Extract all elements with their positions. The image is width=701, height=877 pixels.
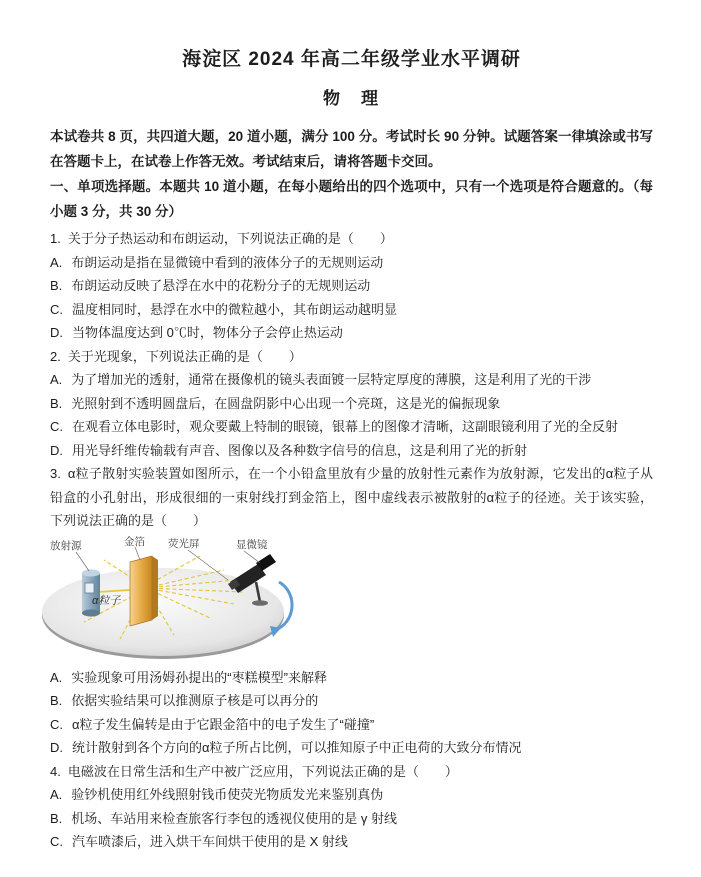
page-title: 海淀区 2024 年高二年级学业水平调研	[50, 44, 653, 71]
alpha-scattering-figure: 放射源 金箔 荧光屏 显微镜 α粒子	[32, 536, 294, 664]
question-2-option-c: C.在观看立体电影时，观众要戴上特制的眼镜，银幕上的图像才清晰，这副眼镜利用了光…	[50, 415, 653, 439]
option-letter: C.	[50, 419, 63, 434]
option-text: 用光导纤维传输载有声音、图像以及各种数字信号的信息，这是利用了光的折射	[72, 443, 527, 458]
option-text: 为了增加光的透射，通常在摄像机的镜头表面镀一层特定厚度的薄膜，这是利用了光的干涉	[71, 372, 591, 387]
option-text: 布朗运动反映了悬浮在水中的花粉分子的无规则运动	[71, 278, 370, 293]
option-text: 在观看立体电影时，观众要戴上特制的眼镜，银幕上的图像才清晰，这副眼镜利用了光的全…	[72, 419, 618, 434]
option-letter: B.	[50, 278, 62, 293]
microscope-label: 显微镜	[236, 538, 268, 551]
section-header: 一、单项选择题。本题共 10 道小题，在每小题给出的四个选项中，只有一个选项是符…	[50, 174, 653, 224]
option-letter: A.	[50, 670, 62, 685]
option-letter: B.	[50, 396, 62, 411]
exam-page: 海淀区 2024 年高二年级学业水平调研 物 理 本试卷共 8 页，共四道大题，…	[0, 0, 701, 877]
option-text: 实验现象可用汤姆孙提出的“枣糕模型”来解释	[71, 670, 327, 685]
subject-title: 物 理	[50, 84, 653, 109]
question-3-option-c: C.α粒子发生偏转是由于它跟金箔中的电子发生了“碰撞”	[50, 713, 653, 737]
question-1-option-c: C.温度相同时，悬浮在水中的微粒越小，其布朗运动越明显	[50, 298, 653, 322]
question-2-stem: 2.关于光现象，下列说法正确的是（ ）	[50, 345, 653, 369]
option-letter: A.	[50, 255, 62, 270]
question-4-text: 电磁波在日常生活和生产中被广泛应用，下列说法正确的是（ ）	[68, 764, 458, 779]
option-letter: C.	[50, 834, 63, 849]
gold-foil	[130, 556, 158, 626]
option-letter: D.	[50, 325, 63, 340]
question-4-option-b: B.机场、车站用来检查旅客行李包的透视仪使用的是 γ 射线	[50, 807, 653, 831]
option-text: 机场、车站用来检查旅客行李包的透视仪使用的是 γ 射线	[71, 811, 397, 826]
option-letter: C.	[50, 302, 63, 317]
alpha-particle-label: α粒子	[92, 594, 121, 607]
question-1-number: 1.	[50, 231, 61, 246]
radiation-source-label: 放射源	[50, 539, 82, 552]
question-3-option-a: A.实验现象可用汤姆孙提出的“枣糕模型”来解释	[50, 666, 653, 690]
question-3-number: 3.	[50, 466, 61, 481]
exam-instructions: 本试卷共 8 页，共四道大题，20 道小题，满分 100 分。考试时长 90 分…	[50, 124, 653, 174]
question-3-option-b: B.依据实验结果可以推测原子核是可以再分的	[50, 689, 653, 713]
question-3-stem: 3.α粒子散射实验装置如图所示，在一个小铅盒里放有少量的放射性元素作为放射源，它…	[50, 462, 653, 533]
option-letter: D.	[50, 740, 63, 755]
question-2-number: 2.	[50, 349, 61, 364]
question-1-stem: 1.关于分子热运动和布朗运动，下列说法正确的是（ ）	[50, 227, 653, 251]
question-4-option-a: A.验钞机使用红外线照射钱币使荧光物质发光来鉴别真伪	[50, 783, 653, 807]
option-text: 温度相同时，悬浮在水中的微粒越小，其布朗运动越明显	[72, 302, 397, 317]
option-text: 验钞机使用红外线照射钱币使荧光物质发光来鉴别真伪	[71, 787, 383, 802]
question-1-text: 关于分子热运动和布朗运动，下列说法正确的是（ ）	[68, 231, 393, 246]
question-4-stem: 4.电磁波在日常生活和生产中被广泛应用，下列说法正确的是（ ）	[50, 760, 653, 784]
question-2-option-d: D.用光导纤维传输载有声音、图像以及各种数字信号的信息，这是利用了光的折射	[50, 439, 653, 463]
question-3-option-d: D.统计散射到各个方向的α粒子所占比例，可以推知原子中正电荷的大致分布情况	[50, 736, 653, 760]
question-3-text: α粒子散射实验装置如图所示，在一个小铅盒里放有少量的放射性元素作为放射源，它发出…	[50, 466, 653, 528]
option-text: 当物体温度达到 0℃时，物体分子会停止热运动	[72, 325, 343, 340]
option-letter: D.	[50, 443, 63, 458]
option-text: 布朗运动是指在显微镜中看到的液体分子的无规则运动	[71, 255, 383, 270]
option-letter: A.	[50, 372, 62, 387]
question-4-number: 4.	[50, 764, 61, 779]
question-4-option-c: C.汽车喷漆后，进入烘干车间烘干使用的是 X 射线	[50, 830, 653, 854]
alpha-scattering-diagram: 放射源 金箔 荧光屏 显微镜 α粒子	[32, 536, 294, 664]
question-1-option-b: B.布朗运动反映了悬浮在水中的花粉分子的无规则运动	[50, 274, 653, 298]
option-letter: B.	[50, 811, 62, 826]
option-letter: B.	[50, 693, 62, 708]
question-1-option-d: D.当物体温度达到 0℃时，物体分子会停止热运动	[50, 321, 653, 345]
option-letter: C.	[50, 717, 63, 732]
question-2-text: 关于光现象，下列说法正确的是（ ）	[68, 349, 302, 364]
gold-foil-label: 金箔	[124, 536, 145, 548]
option-text: α粒子发生偏转是由于它跟金箔中的电子发生了“碰撞”	[72, 717, 374, 732]
option-text: 汽车喷漆后，进入烘干车间烘干使用的是 X 射线	[72, 834, 348, 849]
radiation-source	[82, 569, 100, 616]
question-2-option-b: B.光照射到不透明圆盘后，在圆盘阴影中心出现一个亮斑，这是光的偏振现象	[50, 392, 653, 416]
option-text: 依据实验结果可以推测原子核是可以再分的	[71, 693, 318, 708]
option-letter: A.	[50, 787, 62, 802]
question-2-option-a: A.为了增加光的透射，通常在摄像机的镜头表面镀一层特定厚度的薄膜，这是利用了光的…	[50, 368, 653, 392]
option-text: 光照射到不透明圆盘后，在圆盘阴影中心出现一个亮斑，这是光的偏振现象	[71, 396, 500, 411]
fluorescent-screen-label: 荧光屏	[168, 537, 200, 550]
question-1-option-a: A.布朗运动是指在显微镜中看到的液体分子的无规则运动	[50, 251, 653, 275]
option-text: 统计散射到各个方向的α粒子所占比例，可以推知原子中正电荷的大致分布情况	[72, 740, 522, 755]
